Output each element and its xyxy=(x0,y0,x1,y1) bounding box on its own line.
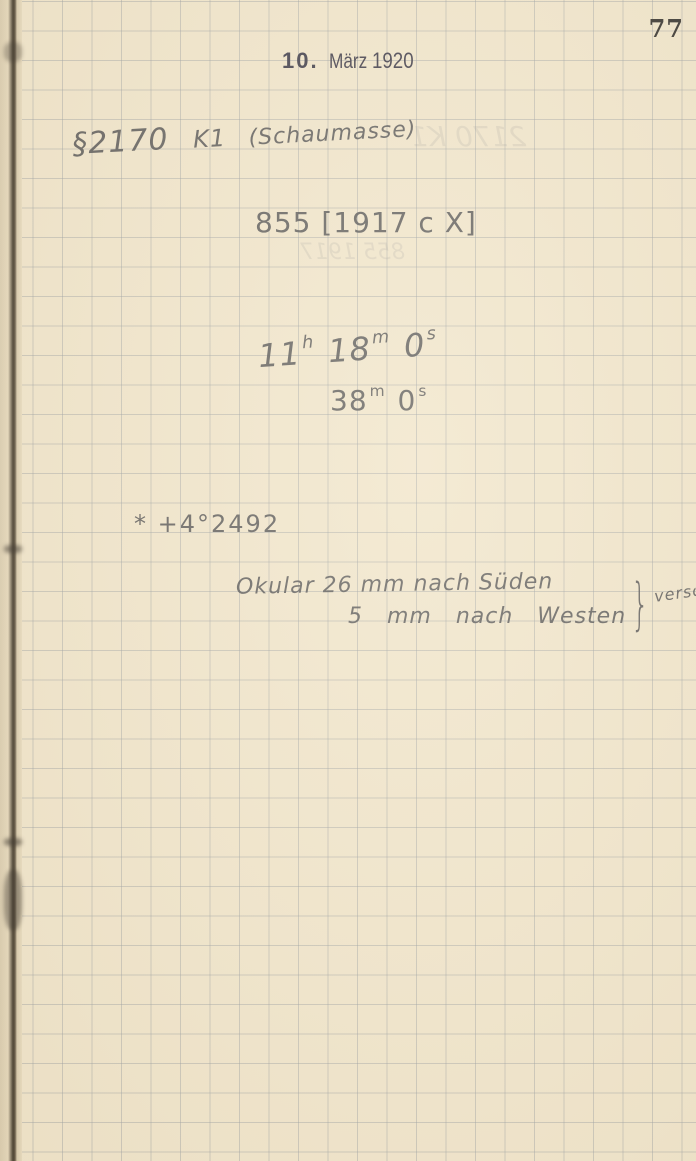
bleed-through-text: 2170 K1 xyxy=(410,120,526,153)
ocular-note-line-1: Okular 26 mm nach Süden xyxy=(236,569,554,600)
time-entry-1: 11h 18m 0s xyxy=(257,324,441,375)
brace: } xyxy=(631,572,649,637)
catalog-entry-line: §2170 K1 (Schaumasse) xyxy=(71,109,417,162)
ink-stain xyxy=(4,42,22,62)
time-entry-2: 38m 0s xyxy=(330,382,429,417)
section-number: §2170 xyxy=(71,122,169,162)
ink-stain xyxy=(4,870,22,930)
stamp-year: 1920 xyxy=(372,48,414,74)
object-label: K1 xyxy=(192,124,226,154)
date-stamp: 10. März 1920 xyxy=(282,48,420,74)
stamp-day: 10. xyxy=(282,48,319,73)
seconds: 0 xyxy=(403,326,427,365)
ocular-note-line-2: 5 mm nach Westen xyxy=(348,604,626,629)
bleed-through-text: 855 1917 xyxy=(300,240,405,265)
star-catalog-entry: * +4°2492 xyxy=(134,510,280,538)
page-number: 77 xyxy=(649,14,684,43)
minutes: 38 xyxy=(330,384,368,417)
notebook-page: 77 10. März 1920 2170 K1 855 1917 §2170 … xyxy=(0,0,696,1161)
seconds-unit: s xyxy=(418,382,427,400)
stamp-month: März xyxy=(329,50,367,74)
ocular-note-side: verschoben xyxy=(653,581,696,606)
seconds: 0 xyxy=(398,384,417,417)
ink-stain xyxy=(4,545,22,553)
designation-line: 855 [1917 c X] xyxy=(255,206,477,239)
ink-stain xyxy=(4,838,22,846)
minutes-unit: m xyxy=(370,382,386,400)
seconds-unit: s xyxy=(426,324,438,345)
hours-unit: h xyxy=(301,332,315,353)
object-name: (Schaumasse) xyxy=(248,117,417,151)
minutes: 18 xyxy=(327,329,372,370)
hours: 11 xyxy=(257,334,302,375)
minutes-unit: m xyxy=(371,327,390,348)
binding-edge xyxy=(0,0,22,1161)
